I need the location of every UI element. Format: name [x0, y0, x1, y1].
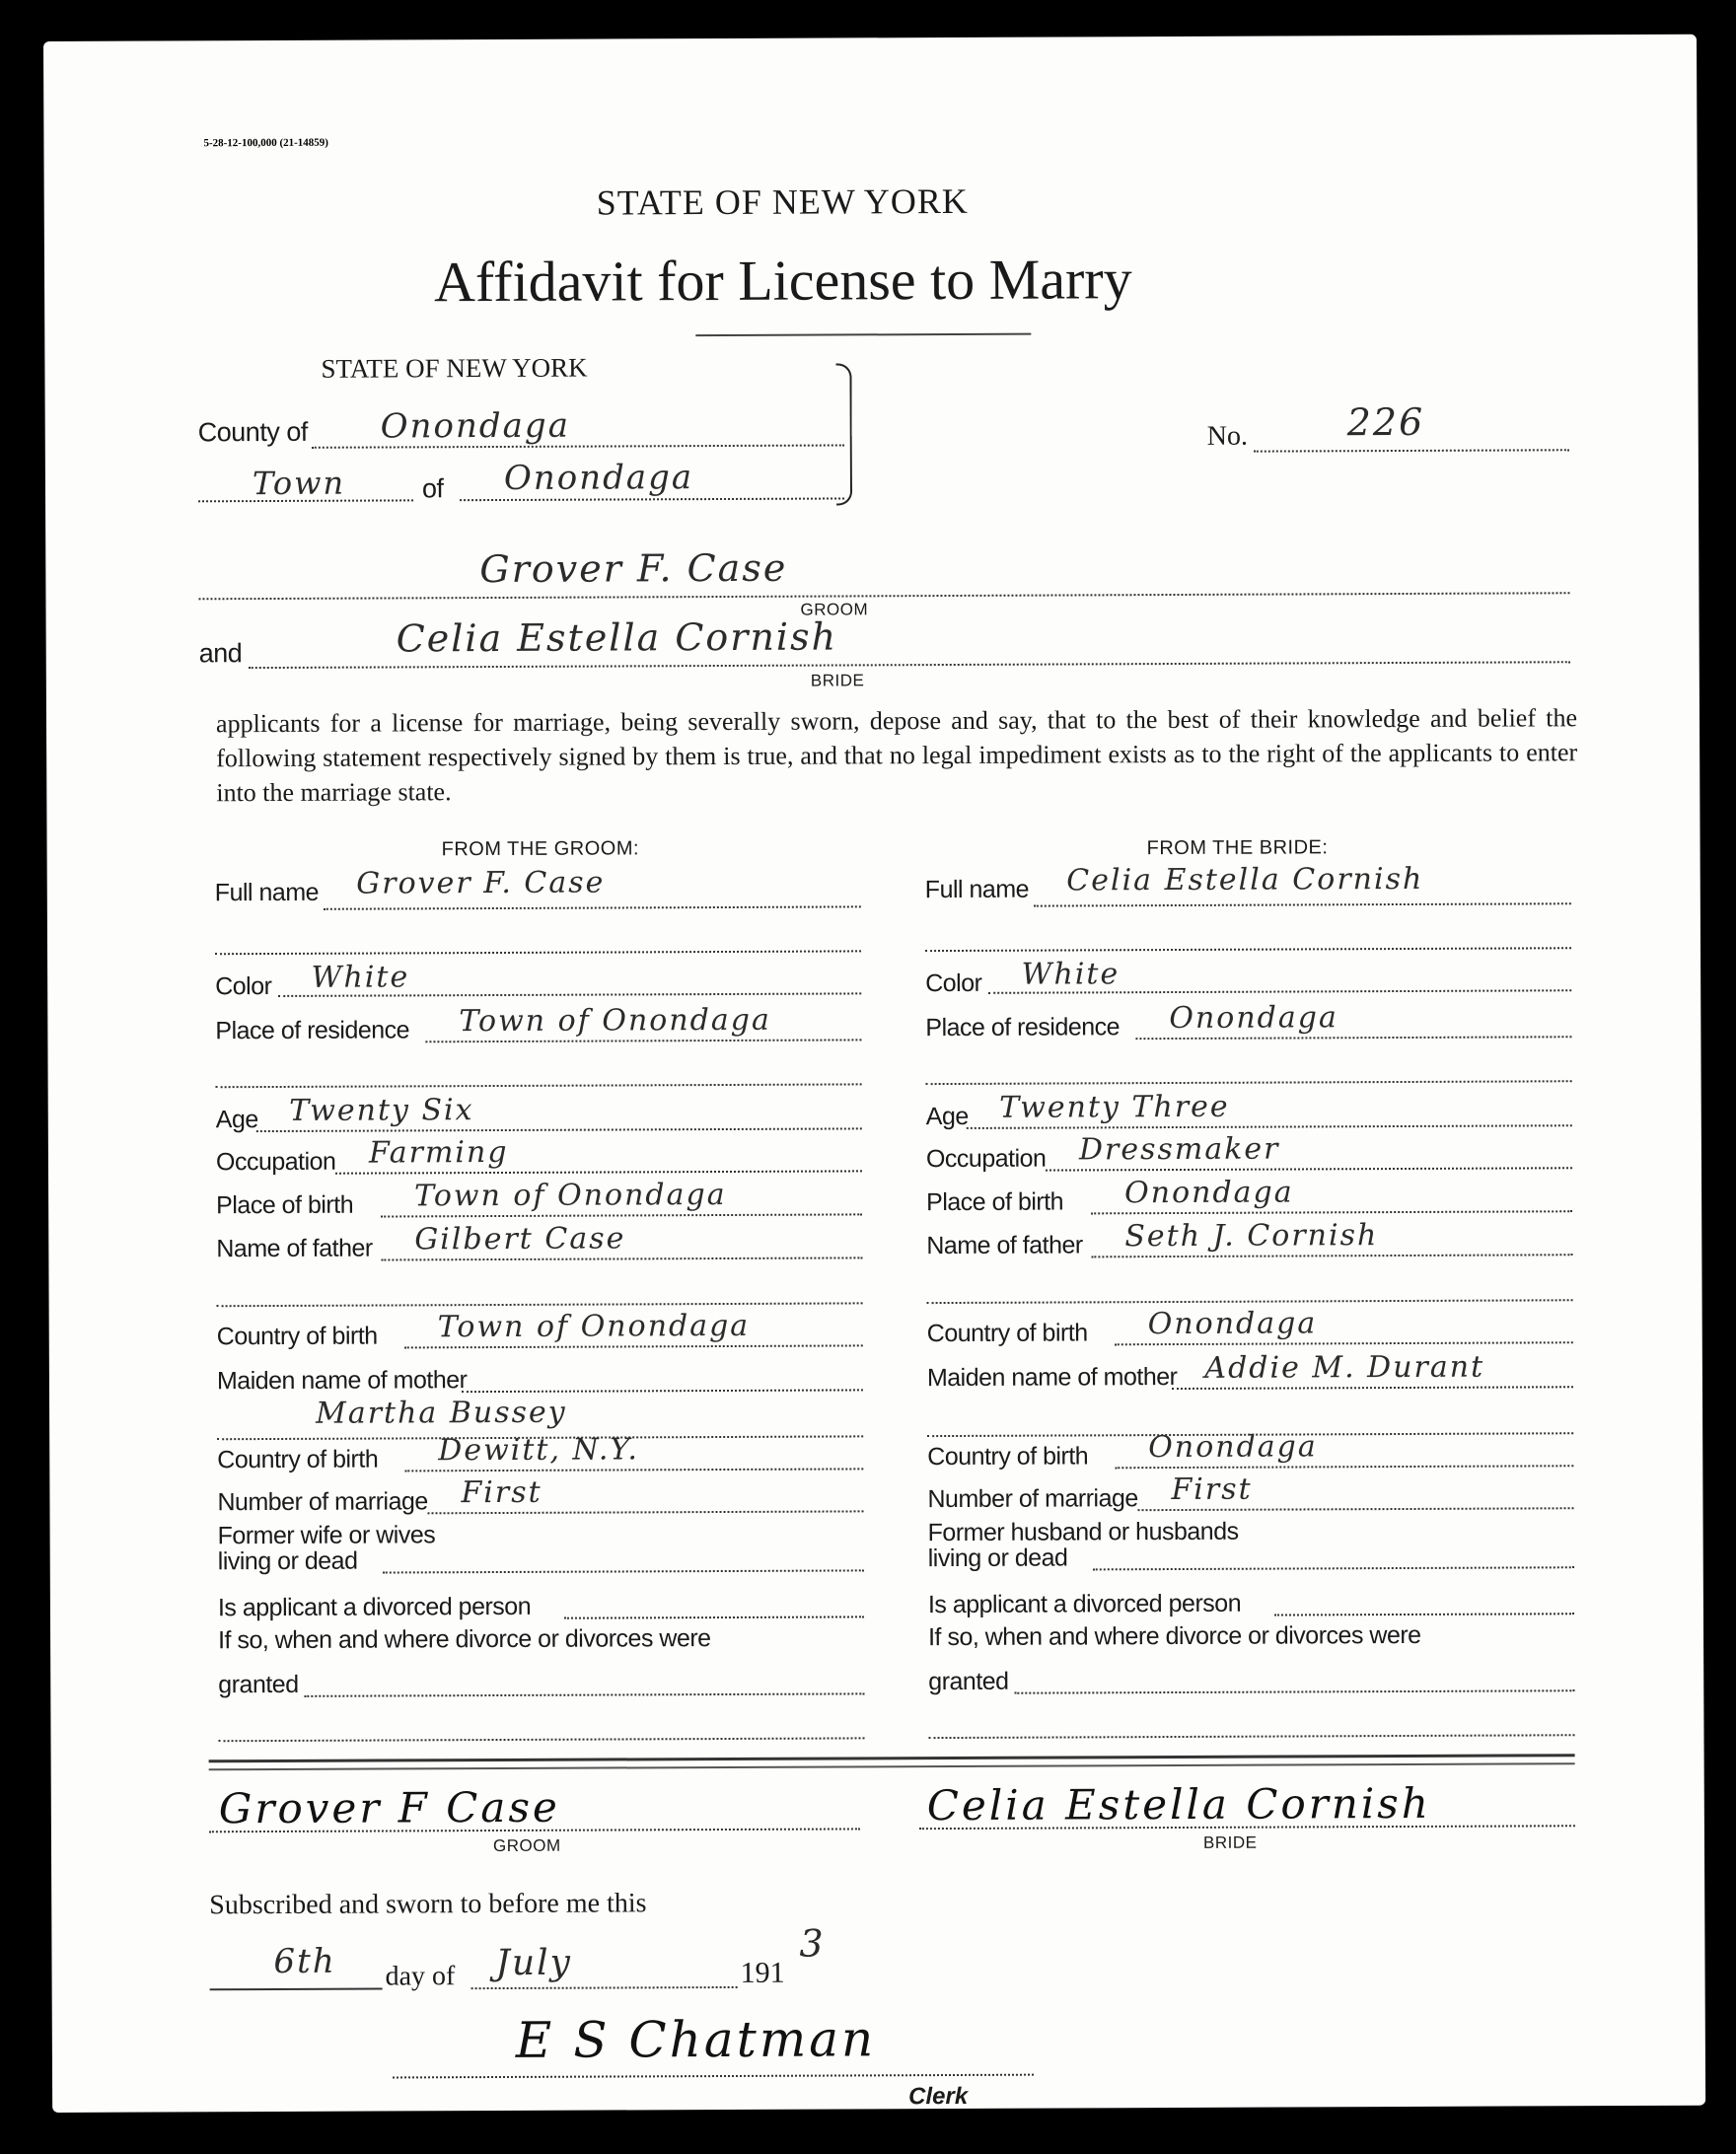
groom-field-row: living or dead: [43, 35, 1697, 41]
bride-field-label: Former husband or husbands: [928, 1518, 1239, 1547]
groom-field-line: [564, 1615, 864, 1618]
month-line: [471, 1986, 738, 1989]
bride-field-value[interactable]: Onondaga: [1148, 1429, 1318, 1465]
bride-field-label: Full name: [925, 876, 1029, 904]
groom-continuation-line: [219, 1737, 865, 1742]
groom-field-label: Color: [215, 972, 271, 1001]
groom-field-line: [404, 1344, 863, 1348]
groom-field-row: Name of fatherGilbert Case: [43, 35, 1697, 41]
bride-field-line: [1093, 1566, 1574, 1570]
sworn-statement: applicants for a license for marriage, b…: [216, 700, 1577, 810]
groom-field-row: Number of marriageFirst: [43, 35, 1697, 41]
groom-field-value[interactable]: Town of Onondaga: [438, 1309, 751, 1344]
groom-field-row: Maiden name of motherMartha Bussey: [43, 35, 1697, 41]
bride-field-line: [1091, 1210, 1572, 1214]
groom-field-value[interactable]: White: [312, 960, 410, 994]
town-of-label: of: [422, 473, 444, 504]
bride-field-value[interactable]: Onondaga: [1124, 1175, 1294, 1210]
day-value[interactable]: 6th: [273, 1942, 335, 1981]
bride-field-label: living or dead: [928, 1544, 1068, 1573]
groom-field-label: Full name: [215, 879, 319, 907]
town-line: [460, 497, 844, 501]
bride-field-label: Country of birth: [927, 1319, 1088, 1348]
year-prefix: 191: [740, 1957, 784, 1990]
bride-field-line: [1138, 1507, 1574, 1511]
year-suffix[interactable]: 3: [799, 1922, 825, 1966]
groom-field-label: Country of birth: [217, 1446, 378, 1475]
bride-field-value[interactable]: First: [1171, 1472, 1252, 1507]
number-value[interactable]: 226: [1347, 400, 1425, 444]
bride-field-row: Name of fatherSeth J. Cornish: [43, 35, 1697, 41]
groom-field-label: Former wife or wives: [218, 1521, 436, 1550]
bride-field-label: Country of birth: [927, 1442, 1088, 1472]
bride-field-line: [1046, 1167, 1572, 1171]
groom-field-value[interactable]: Farming: [369, 1135, 509, 1171]
day-of-label: day of: [385, 1961, 455, 1992]
bride-field-label: Age: [926, 1103, 969, 1131]
bride-field-line: [1014, 1689, 1575, 1693]
bride-field-label: Occupation: [926, 1145, 1047, 1175]
groom-field-label: Place of birth: [216, 1191, 353, 1221]
town-prefix-value[interactable]: Town: [253, 465, 345, 502]
bride-field-label: Number of marriage: [927, 1484, 1137, 1514]
groom-field-value[interactable]: Gilbert Case: [414, 1221, 625, 1256]
bride-field-label: Maiden name of mother: [927, 1363, 1178, 1393]
groom-field-label: living or dead: [218, 1547, 358, 1577]
bride-field-label: granted: [928, 1668, 1008, 1696]
document-title: Affidavit for License to Marry: [434, 246, 1132, 315]
groom-field-row: OccupationFarming: [43, 35, 1697, 41]
bride-field-value[interactable]: Twenty Three: [999, 1090, 1230, 1125]
bride-field-label: Name of father: [926, 1231, 1082, 1260]
groom-field-row: Is applicant a divorced person: [43, 35, 1697, 41]
bride-field-line: [1115, 1341, 1573, 1345]
bride-continuation-line: [925, 947, 1571, 952]
groom-field-label: Name of father: [216, 1235, 372, 1264]
venue-state-label: STATE OF NEW YORK: [321, 353, 587, 385]
bride-field-value[interactable]: Onondaga: [1169, 1000, 1338, 1036]
jurat-text: Subscribed and sworn to before me this: [209, 1888, 646, 1921]
form-number: 5-28-12-100,000 (21-14859): [203, 137, 328, 150]
groom-field-line: [404, 1468, 863, 1472]
month-value[interactable]: July: [495, 1943, 572, 1983]
groom-continuation-line: [217, 1302, 863, 1307]
bride-field-row: Is applicant a divorced person: [43, 35, 1697, 41]
clerk-label: Clerk: [908, 2083, 968, 2111]
bride-field-line: [1115, 1465, 1573, 1469]
groom-signature[interactable]: Grover F Case: [219, 1783, 560, 1833]
groom-field-row: Place of residenceTown of Onondaga: [43, 35, 1697, 41]
bride-fields: Full nameCelia Estella CornishColorWhite…: [43, 35, 1697, 41]
groom-field-row: ColorWhite: [43, 35, 1697, 41]
bride-section-heading: FROM THE BRIDE:: [1147, 836, 1329, 860]
groom-field-row: Country of birthTown of Onondaga: [43, 35, 1697, 41]
bride-field-row: Maiden name of motherAddie M. Durant: [43, 35, 1697, 41]
bride-field-row: Country of birthOnondaga: [43, 35, 1697, 41]
bride-field-value[interactable]: Onondaga: [1148, 1306, 1318, 1341]
groom-field-value[interactable]: Town of Onondaga: [459, 1003, 771, 1039]
bride-field-row: AgeTwenty Three: [43, 35, 1697, 41]
state-heading: STATE OF NEW YORK: [597, 180, 969, 224]
bride-signature[interactable]: Celia Estella Cornish: [927, 1779, 1431, 1830]
bride-caption: BRIDE: [811, 671, 865, 690]
groom-field-value[interactable]: First: [461, 1475, 542, 1510]
bride-field-row: ColorWhite: [43, 35, 1697, 41]
bride-field-value[interactable]: White: [1022, 957, 1121, 991]
bride-field-label: Color: [925, 969, 981, 998]
groom-field-row: Full nameGrover F. Case: [43, 35, 1697, 41]
groom-field-label: Age: [216, 1106, 258, 1134]
venue-brace: [835, 363, 852, 505]
bride-name-value[interactable]: Celia Estella Cornish: [397, 614, 838, 660]
groom-field-row: granted: [43, 35, 1697, 41]
affidavit-page: 5-28-12-100,000 (21-14859) STATE OF NEW …: [43, 35, 1705, 2113]
clerk-signature-line: [393, 2074, 1034, 2079]
groom-signature-caption: GROOM: [493, 1836, 561, 1856]
bride-field-value[interactable]: Addie M. Durant: [1204, 1350, 1484, 1386]
bride-field-row: Full nameCelia Estella Cornish: [43, 35, 1697, 41]
bride-field-value[interactable]: Celia Estella Cornish: [1066, 862, 1423, 898]
town-value[interactable]: Onondaga: [504, 458, 693, 498]
groom-field-label: Number of marriage: [217, 1487, 427, 1517]
groom-field-row: If so, when and where divorce or divorce…: [43, 35, 1697, 41]
bride-name-line: [249, 661, 1570, 669]
groom-name-line: [198, 592, 1569, 600]
number-line: [1254, 449, 1569, 452]
groom-field-label: Occupation: [216, 1148, 336, 1178]
day-line: [210, 1988, 383, 1991]
bride-field-line: [1033, 902, 1571, 906]
groom-field-row: Country of birthDewitt, N.Y.: [43, 35, 1697, 41]
bride-field-row: Former husband or husbands: [43, 35, 1697, 41]
groom-continuation-line: [216, 1083, 862, 1088]
groom-field-line: [381, 1256, 862, 1260]
bride-field-line: [966, 1124, 1572, 1129]
bride-field-line: [1171, 1386, 1573, 1390]
divider-rule-top: [209, 1754, 1575, 1762]
groom-field-value[interactable]: Twenty Six: [289, 1093, 473, 1128]
groom-fields: Full nameGrover F. CaseColorWhitePlace o…: [43, 35, 1697, 41]
groom-field-label: Country of birth: [217, 1323, 378, 1352]
groom-field-line: [383, 1569, 864, 1573]
title-rule: [695, 333, 1031, 336]
bride-field-label: Place of residence: [925, 1013, 1120, 1042]
bride-field-line: [1274, 1613, 1574, 1615]
groom-field-row: Former wife or wives: [43, 35, 1697, 41]
bride-field-row: Place of birthOnondaga: [43, 35, 1697, 41]
groom-field-line: [255, 1127, 862, 1132]
bride-field-row: Number of marriageFirst: [43, 35, 1697, 41]
groom-name-value[interactable]: Grover F. Case: [479, 546, 787, 591]
groom-continuation-line: [215, 950, 861, 955]
groom-field-line: [381, 1213, 862, 1217]
groom-field-line: [323, 905, 861, 909]
bride-field-label: Is applicant a divorced person: [928, 1590, 1241, 1619]
groom-field-label: If so, when and where divorce or divorce…: [218, 1624, 711, 1655]
groom-field-label: granted: [218, 1671, 298, 1699]
groom-field-row: Place of birthTown of Onondaga: [43, 35, 1697, 41]
clerk-signature[interactable]: E S Chatman: [516, 2010, 877, 2069]
county-label: County of: [198, 417, 308, 448]
groom-field-value[interactable]: Grover F. Case: [356, 866, 605, 901]
groom-field-line: [428, 1510, 864, 1514]
county-value[interactable]: Onondaga: [381, 406, 570, 447]
bride-field-row: If so, when and where divorce or divorce…: [43, 35, 1697, 41]
bride-field-row: living or dead: [43, 35, 1697, 41]
bride-field-value[interactable]: Seth J. Cornish: [1124, 1218, 1378, 1254]
bride-continuation-line: [929, 1734, 1575, 1739]
groom-field-label: Place of residence: [215, 1016, 409, 1045]
bride-field-label: Place of birth: [926, 1187, 1063, 1217]
groom-field-value[interactable]: Town of Onondaga: [414, 1178, 727, 1213]
bride-field-line: [1135, 1036, 1571, 1040]
divider-rule-bottom: [209, 1762, 1575, 1770]
groom-field-value[interactable]: Dewitt, N.Y.: [438, 1432, 639, 1468]
bride-field-row: granted: [43, 35, 1697, 41]
bride-field-row: OccupationDressmaker: [43, 35, 1697, 41]
groom-field-line: [304, 1692, 865, 1696]
bride-field-line: [1091, 1254, 1572, 1257]
number-label: No.: [1207, 421, 1248, 453]
bride-field-row: Country of birthOnondaga: [43, 35, 1697, 41]
groom-section-heading: FROM THE GROOM:: [442, 837, 640, 861]
groom-field-line: [335, 1170, 862, 1174]
groom-field-row: AgeTwenty Six: [43, 35, 1697, 41]
bride-field-row: Place of residenceOnondaga: [43, 35, 1697, 41]
bride-field-label: If so, when and where divorce or divorce…: [928, 1621, 1421, 1652]
bride-continuation-line: [927, 1299, 1573, 1304]
groom-field-value[interactable]: Martha Bussey: [316, 1396, 567, 1431]
and-label: and: [199, 638, 243, 669]
groom-field-label: Maiden name of mother: [217, 1366, 468, 1396]
groom-field-label: Is applicant a divorced person: [218, 1593, 531, 1622]
groom-field-line: [425, 1039, 861, 1042]
bride-field-value[interactable]: Dressmaker: [1079, 1132, 1280, 1168]
bride-signature-caption: BRIDE: [1203, 1833, 1258, 1853]
bride-continuation-line: [926, 1080, 1572, 1085]
groom-field-line: [461, 1389, 863, 1393]
